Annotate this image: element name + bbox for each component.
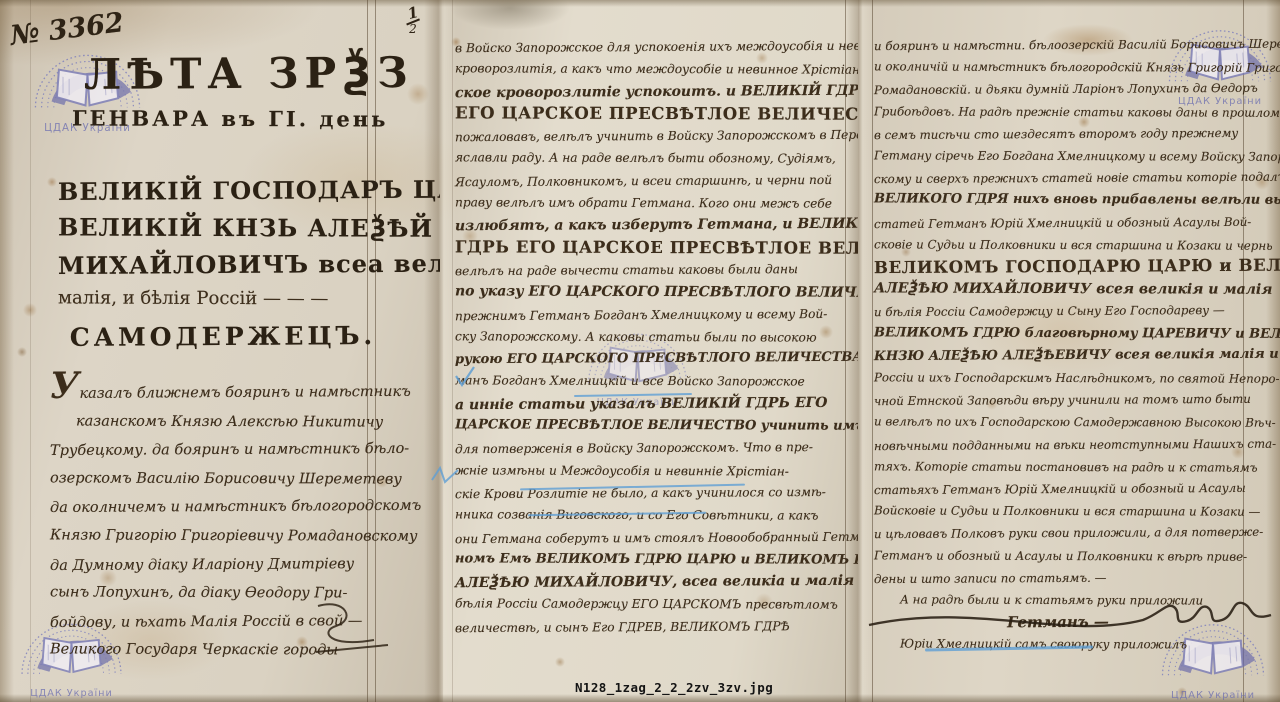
page-middle: в Войско Запорожское для успокоенія ихъ …	[443, 0, 858, 702]
manuscript-line: для потверженія в Войску Запорожскомъ. Ч…	[455, 436, 847, 461]
manuscript-line: пожаловавъ, велѣлъ учинить в Войску Запо…	[455, 124, 847, 149]
manuscript-line: новѣчными подданными на вѣки неотступным…	[874, 433, 1242, 457]
manuscript-line: ГЕНВАРА въ ГІ. день	[72, 101, 388, 136]
manuscript-line: АЛЕѮѢЮ МИХАЙЛОВИЧУ всея великія и малія	[874, 278, 1242, 301]
manuscript-line: КНЗЮ АЛЕѮѢЮ АЛЕѮѢЕВИЧУ всея великія малі…	[874, 344, 1242, 368]
manuscript-line: МИХАЙЛОВИЧЪ всеа великія	[58, 245, 388, 284]
manuscript-line: чной Етнской Заповѣди вѣру учинили на то…	[874, 388, 1242, 412]
manuscript-line: да Думному діаку Иларіону Дмитріеву	[50, 550, 390, 581]
manuscript-line: жніе измѣны и Междоусобія и невинніе Хрі…	[455, 459, 847, 483]
manuscript-line: Ромадановскій. и дьяки думній Ларіонъ Ло…	[874, 77, 1242, 101]
manuscript-line: величествѣ, и сынъ Его ГДРЕВ, ВЕЛИКОМЪ Г…	[455, 615, 847, 640]
manuscript-line: скому и сверхъ прежнихъ статей новіе ста…	[874, 166, 1242, 190]
manuscript-line: праву велѣлъ имъ обрати Гетмана. Кого он…	[455, 191, 847, 215]
page-left: ЛѢТА ЗРѮЗГЕНВАРА въ ГІ. деньВЕЛИКІЙ ГОСП…	[0, 0, 440, 702]
manuscript-line: велѣлъ на раде вычести статьи каковы был…	[455, 258, 847, 283]
manuscript-line: рукою ЕГО ЦАРСКОГО ПРЕСВѢТЛОГО ВЕЛИЧЕСТВ…	[455, 347, 847, 372]
manuscript-line: статей Гетманъ Юрій Хмелницкій и обозный…	[874, 211, 1242, 235]
manuscript-line: и велѣлъ по ихъ Господарскою Самодержавн…	[874, 411, 1242, 434]
manuscript-text-block-right: и бояринъ и намѣстни. бѣлоозерскій Васил…	[874, 34, 1242, 656]
manuscript-line: тяхъ. Которіе статьи постановивъ на радѣ…	[874, 455, 1242, 478]
manuscript-line: они Гетмана соберутъ и имъ стоялъ Новооб…	[455, 525, 847, 550]
manuscript-line: Грибоѣдовъ. На радѣ прежніе статьи каков…	[874, 100, 1242, 123]
manuscript-line: в семъ тисѣчи сто шездесятъ второмъ году…	[874, 122, 1242, 146]
manuscript-line: ВЕЛИКОМЪ ГДРЮ благовѣрному ЦАРЕВИЧУ и ВЕ…	[874, 322, 1242, 345]
manuscript-line: и бѣлія Россіи Самодержцу и Сыну Его Гос…	[874, 299, 1242, 323]
manuscript-line: ВЕЛИКІЙ КНЗЬ АЛЕѮѢЙ	[58, 208, 388, 246]
manuscript-line: малія, и бѣлія Россій — — —	[58, 282, 388, 315]
manuscript-line: САМОДЕРЖЕЦЪ.	[58, 314, 388, 360]
manuscript-line: бѣлія Россіи Самодержцу ЕГО ЦАРСКОМЪ пре…	[455, 593, 847, 617]
manuscript-line: АЛЕѮѢЮ МИХАЙЛОВИЧУ, всеа великіа и малія…	[455, 570, 847, 595]
signature-flourish	[855, 580, 1275, 650]
manuscript-line: ВЕЛИКОМЪ ГОСПОДАРЮ ЦАРЮ и ВЕЛИКОМЪ КНЗЮ	[874, 255, 1242, 279]
manuscript-line: скіе Крови Розлитіе не было, а какъ учин…	[455, 481, 847, 506]
manuscript-line: Ясауломъ, Полковникомъ, и всеи старшинѣ,…	[455, 169, 847, 194]
manuscript-line: казанскомъ Князю Алексѣю Никитичу	[50, 407, 390, 437]
manuscript-line: кроворозлитія, а какъ что междоусобіе и …	[455, 58, 847, 82]
manuscript-line: озерскомъ Василію Борисовичу Шереметеву	[50, 464, 390, 494]
manuscript-line: манъ Богданъ Хмелницкій и все Войско Зап…	[455, 370, 847, 394]
manuscript-line: ское кроворозлитіе успокоитъ. и ВЕЛИКІЙ …	[455, 79, 847, 104]
manuscript-line: Гетману сіречь Его Богдана Хмелницкому и…	[874, 144, 1242, 167]
manuscript-line: ЕГО ЦАРСКОЕ ПРЕСВѢТЛОЕ ВЕЛИЧЕСТВО —	[455, 102, 847, 126]
manuscript-line: сковіе и Судьи и Полковники и вся старши…	[874, 233, 1242, 256]
title-heading-block: ЛѢТА ЗРѮЗГЕНВАРА въ ГІ. деньВЕЛИКІЙ ГОСП…	[58, 46, 388, 359]
manuscript-line: Гетманъ и обозный и Асаулы и Полковники …	[874, 544, 1242, 567]
manuscript-line: Войсковіе и Судьи и Полковники и вся ста…	[874, 500, 1242, 523]
manuscript-line: ВЕЛИКІЙ ГОСПОДАРЪ ЦАРЪ Й	[58, 171, 388, 210]
manuscript-line: ВЕЛИКОГО ГДРЯ нихъ вновь прибавлены велѣ…	[874, 189, 1242, 212]
manuscript-line: да околничемъ и намѣстникъ бѣлогородском…	[50, 492, 390, 523]
filename-caption: N128_1zag_2_2_2zv_3zv.jpg	[575, 680, 773, 695]
manuscript-line: Трубецкому. да бояринъ и намѣстникъ бѣло…	[50, 435, 390, 466]
manuscript-line: номъ Емъ ВЕЛИКОМЪ ГДРЮ ЦАРЮ и ВЕЛИКОМЪ К…	[455, 548, 847, 572]
manuscript-line: прежнимъ Гетманъ Богданъ Хмелницкому и в…	[455, 302, 847, 327]
manuscript-line: по указу ЕГО ЦАРСКОГО ПРЕСВѢТЛОГО ВЕЛИЧЕ…	[455, 281, 847, 305]
manuscript-line: излюбятъ, а какъ изберутъ Гетмана, и ВЕЛ…	[455, 213, 847, 238]
manuscript-line: и околничій и намѣстникъ бѣлогородскій К…	[874, 56, 1242, 79]
manuscript-line: и бояринъ и намѣстни. бѣлоозерскій Васил…	[874, 33, 1242, 57]
blue-pencil-checkmark	[452, 364, 478, 390]
manuscript-line: в Войско Запорожское для успокоенія ихъ …	[455, 35, 847, 60]
manuscript-line: и цѣловавъ Полковъ руки свои приложили, …	[874, 521, 1242, 545]
manuscript-line: ЛѢТА ЗРѮЗ	[84, 45, 388, 103]
manuscript-line: Россіи и ихъ Господарскимъ Наслѣдникомъ,…	[874, 366, 1242, 389]
manuscript-line: ску Запорожскому. А каковы статьи были п…	[455, 325, 847, 349]
manuscript-line: нника созванія Виговского, и со Его Совѣ…	[455, 504, 847, 528]
manuscript-line: статьяхъ Гетманъ Юрій Хмелницкій и обозн…	[874, 477, 1242, 501]
manuscript-scan: ЦДАК України ЦДАК України ЦДАК України Ц…	[0, 0, 1280, 702]
manuscript-line: ЦАРСКОЕ ПРЕСВѢТЛОЕ ВЕЛИЧЕСТВО учинить им…	[455, 414, 847, 438]
manuscript-line: ГДРЬ ЕГО ЦАРСКОЕ ПРЕСВѢТЛОЕ ВЕЛИЧЕСТВО	[455, 236, 847, 260]
manuscript-line: Князю Григорію Григоріевичу Ромадановско…	[50, 521, 390, 551]
manuscript-line: Указалъ ближнемъ бояринъ и намѣстникъ	[50, 371, 390, 409]
pen-flourish-left-page	[300, 598, 395, 660]
manuscript-text-block-middle: в Войско Запорожское для успокоенія ихъ …	[455, 36, 847, 638]
manuscript-line: яславли раду. А на раде велѣлъ быти обоз…	[455, 147, 847, 171]
blue-pencil-squiggle	[430, 464, 464, 488]
